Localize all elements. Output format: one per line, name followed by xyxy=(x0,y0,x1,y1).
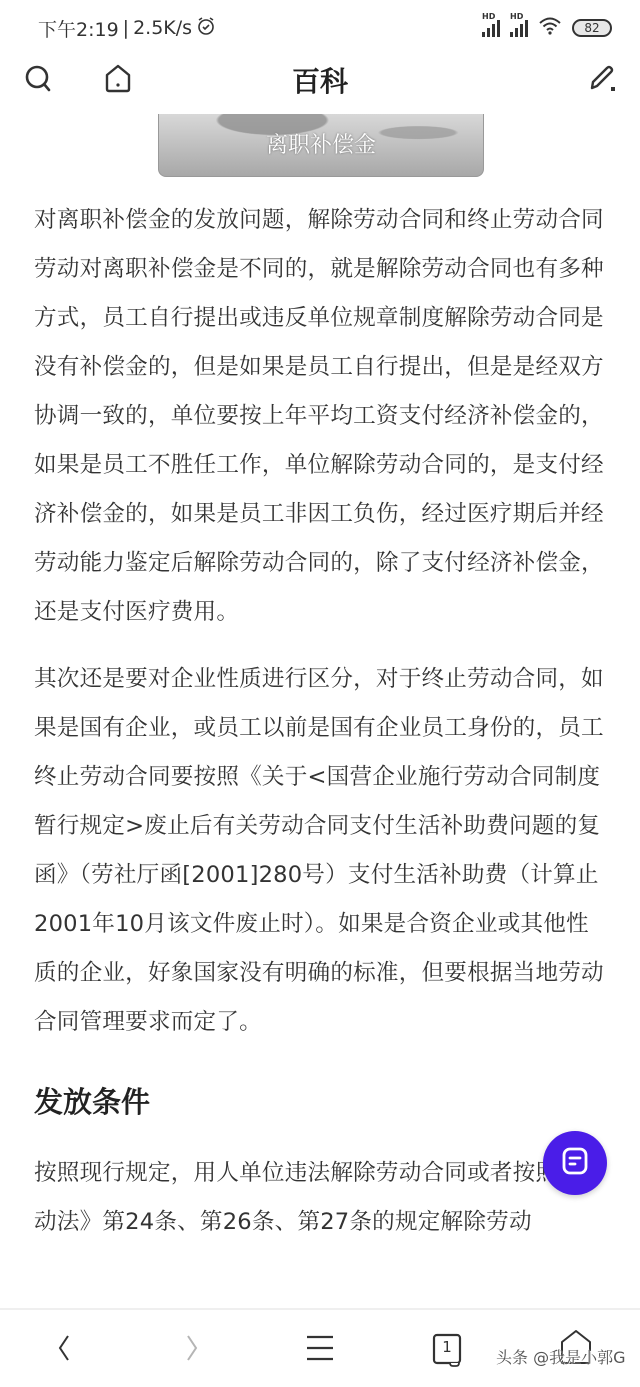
back-arrow-icon xyxy=(54,1332,74,1368)
forward-arrow-icon xyxy=(182,1332,202,1368)
alarm-clock-icon xyxy=(196,16,216,41)
hero-image[interactable]: 离职补偿金 xyxy=(158,114,484,177)
article-paragraph: 按照现行规定，用人单位违法解除劳动合同或者按照《劳动法》第24条、第26条、第2… xyxy=(34,1149,610,1247)
watermark: 头条 @我是小郭G xyxy=(496,1345,626,1368)
top-nav: 百科 xyxy=(0,56,640,104)
search-icon xyxy=(23,63,53,97)
status-bar: 下午2:19 | 2.5K/s HD HD 82 xyxy=(0,0,640,56)
back-button[interactable] xyxy=(44,1328,84,1372)
cellular-signal-icon: HD xyxy=(510,19,528,37)
section-title: 发放条件 xyxy=(34,1077,610,1127)
status-left: 下午2:19 | 2.5K/s xyxy=(38,15,216,42)
menu-button[interactable] xyxy=(300,1328,340,1372)
forward-button[interactable] xyxy=(172,1328,212,1372)
article-paragraph: 其次还是要对企业性质进行区分，对于终止劳动合同，如果是国有企业，或员工以前是国有… xyxy=(34,655,610,1047)
edit-pencil-icon xyxy=(586,62,618,98)
edit-button[interactable] xyxy=(584,62,620,98)
hero-caption: 离职补偿金 xyxy=(159,128,483,159)
home-icon xyxy=(102,62,134,98)
clock: 下午2:19 xyxy=(38,15,119,42)
separator: | xyxy=(123,17,129,39)
tab-count: 1 xyxy=(432,1338,462,1356)
cellular-signal-icon: HD xyxy=(482,19,500,37)
article-paragraph: 对离职补偿金的发放问题，解除劳动合同和终止劳动合同劳动对离职补偿金是不同的，就是… xyxy=(34,196,610,637)
search-button[interactable] xyxy=(20,62,56,98)
status-right: HD HD 82 xyxy=(482,16,612,40)
battery-indicator: 82 xyxy=(572,19,612,37)
table-of-contents-button[interactable] xyxy=(543,1131,607,1195)
menu-icon xyxy=(305,1333,335,1367)
home-button[interactable] xyxy=(100,62,136,98)
table-of-contents-icon xyxy=(559,1145,591,1181)
page-title: 百科 xyxy=(0,60,640,100)
wifi-icon xyxy=(538,16,562,40)
tabs-icon: 1 xyxy=(432,1333,462,1367)
tabs-button[interactable]: 1 xyxy=(427,1328,467,1372)
article-content: 对离职补偿金的发放问题，解除劳动合同和终止劳动合同劳动对离职补偿金是不同的，就是… xyxy=(34,196,610,1247)
net-speed: 2.5K/s xyxy=(133,17,192,39)
